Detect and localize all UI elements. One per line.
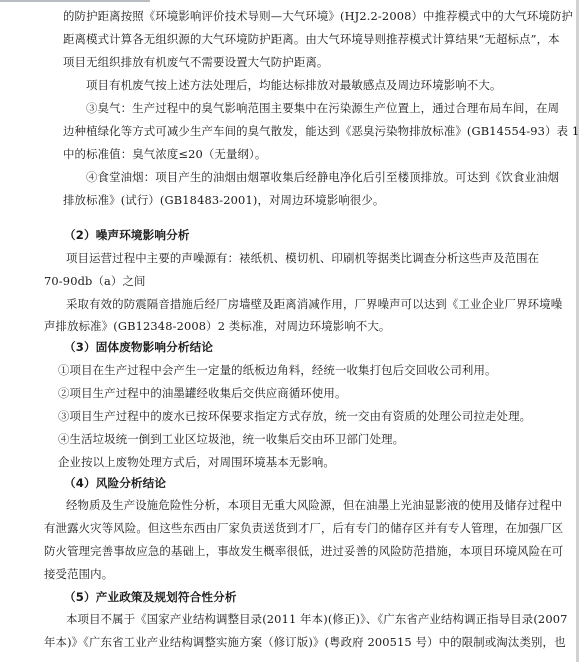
text-line: 有泄露火灾等风险。但这些东西由厂家负责送货到才厂，后有专门的储存区并有专人管理，… [44, 520, 563, 536]
text-line: 距离模式计算各无组织源的大气环境防护距离。由大气环境导则推荐模式计算结果“无超标… [63, 31, 560, 47]
text-line: 中的标准值：臭气浓度≤20（无量纲）。 [63, 146, 266, 162]
text-line: ①项目在生产过程中会产生一定量的纸板边角料，经统一收集打包后交回收公司利用。 [58, 362, 497, 378]
text-line: 防火管理完善事故应急的基础上，事故发生概率很低，进过妥善的风险防范措施，本项目环… [44, 543, 563, 559]
section-heading-noise: （2）噪声环境影响分析 [64, 227, 190, 243]
section-heading-solid-waste: （3）固体废物影响分析结论 [64, 339, 213, 355]
document-page: 的防护距离按照《环境影响评价技术导则—大气环境》(HJ2.2-2008）中推荐模… [0, 0, 576, 662]
text-line: ③项目生产过程中的废水已按环保要求指定方式存放，统一交由有资质的处理公司拉走处理… [58, 408, 531, 424]
text-line: 采取有效的防震隔音措施后经厂房墙壁及距离消减作用，厂界噪声可以达到《工业企业厂界… [66, 296, 562, 312]
text-line: ④生活垃圾统一倒到工业区垃圾池，统一收集后交由环卫部门处理。 [58, 431, 404, 447]
text-line: ④食堂油烟：项目产生的油烟由烟罩收集后经静电净化后引至楼顶排放。可达到《饮食业油… [86, 169, 559, 185]
text-line: ②项目生产过程中的油墨罐经收集后交供应商循环使用。 [58, 385, 347, 401]
page-right-border [576, 0, 579, 662]
text-line: 接受范围内。 [44, 566, 113, 582]
text-line: 本项目不属于《国家产业结构调整目录(2011 年本)(修正)》、《广东省产业结构… [66, 611, 568, 627]
section-heading-industrial-policy: （5）产业政策及规划符合性分析 [64, 589, 237, 605]
text-line: 企业按以上废物处理方式后，对周围环境基本无影响。 [58, 454, 335, 470]
text-line: 项目有机废气按上述方法处理后，均能达标排放对最敏感点及周边环境影响不大。 [86, 77, 501, 93]
text-line: 排放标准》(试行）(GB18483-2001)，对周边环境影响很少。 [63, 192, 384, 208]
text-line: 项目运营过程中主要的声噪源有：裱纸机、模切机、印刷机等据类比调查分析这些声及范围… [66, 250, 539, 266]
text-line: 70-90db（a）之间 [44, 273, 146, 289]
text-line: 经物质及生产设施危险性分析，本项目无重大风险源，但在油墨上光油显影液的使用及储存… [66, 497, 562, 513]
text-line: 声排放标准》(GB12348-2008）2 类标准，对周边环境影响不大。 [44, 318, 390, 334]
text-line: 的防护距离按照《环境影响评价技术导则—大气环境》(HJ2.2-2008）中推荐模… [63, 8, 573, 24]
section-heading-risk: （4）风险分析结论 [64, 475, 166, 491]
text-line: 边种植绿化等方式可减少生产车间的臭气散发，能达到《恶臭污染物排放标准》(GB14… [63, 123, 579, 139]
text-line: 年本)》《广东省工业产业结构调整实施方案（修订版)》(粤政府 200515 号）… [44, 634, 566, 650]
text-line: ③臭气：生产过程中的臭气影响范围主要集中在污染源生产位置上，通过合理布局车间，在… [86, 100, 559, 116]
text-line: 项目无组织排放有机废气不需要设置大气防护距离。 [63, 54, 328, 70]
